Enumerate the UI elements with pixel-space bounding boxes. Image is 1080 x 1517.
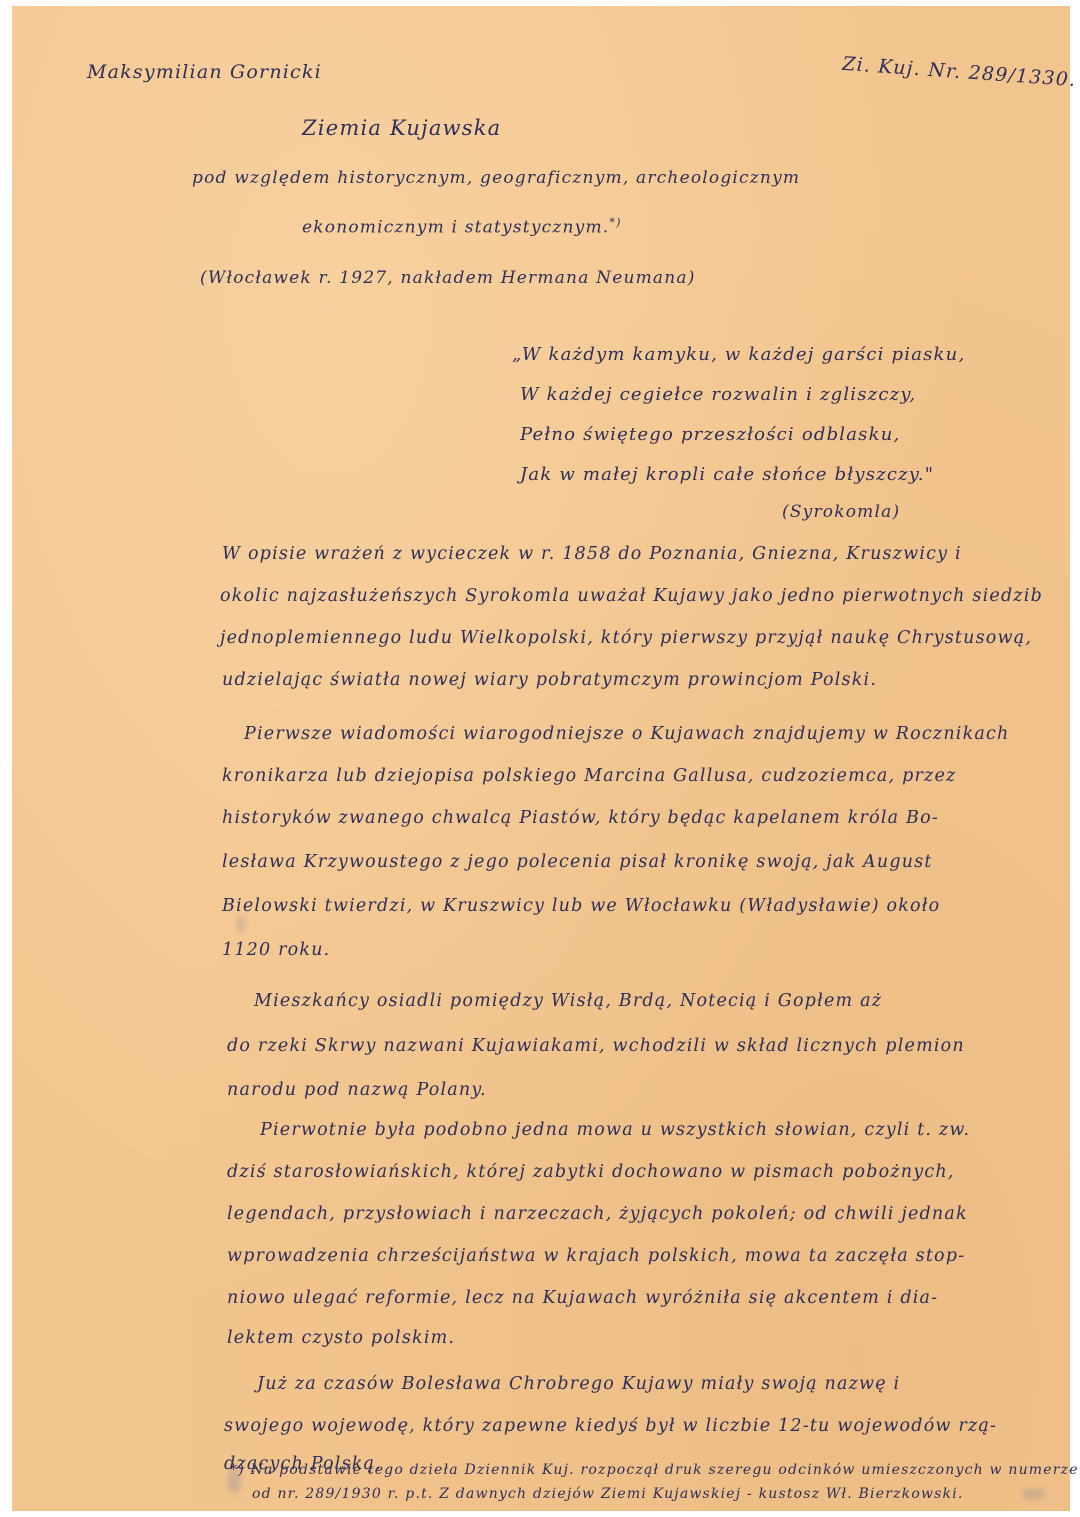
footnote-line: *) Na podstawie tego dzieła Dziennik Kuj… xyxy=(230,1462,1079,1478)
document-title: Ziemia Kujawska xyxy=(302,116,501,140)
body-line: swojego wojewodę, który zapewne kiedyś b… xyxy=(224,1416,997,1436)
body-line: jednoplemiennego ludu Wielkopolski, któr… xyxy=(220,628,1032,648)
body-line: narodu pod nazwą Polany. xyxy=(227,1080,487,1100)
body-line: okolic najzasłużeńszych Syrokomla uważał… xyxy=(220,586,1043,606)
body-line: historyków zwanego chwalcą Piastów, któr… xyxy=(222,808,939,828)
epigraph-line: W każdej cegiełce rozwalin i zgliszczy, xyxy=(520,384,916,405)
epigraph-attribution: (Syrokomla) xyxy=(782,502,900,522)
subtitle-line-1: pod względem historycznym, geograficznym… xyxy=(192,168,800,188)
body-line: 1120 roku. xyxy=(222,940,330,960)
manuscript-page: Maksymilian Gornicki Zi. Kuj. Nr. 289/13… xyxy=(12,6,1070,1511)
body-line: dziś starosłowiańskich, której zabytki d… xyxy=(227,1162,955,1182)
body-line: niowo ulegać reformie, lecz na Kujawach … xyxy=(227,1288,938,1308)
body-line: Pierwotnie była podobno jedna mowa u wsz… xyxy=(260,1120,970,1140)
body-line: Mieszkańcy osiadli pomiędzy Wisłą, Brdą,… xyxy=(254,991,882,1011)
body-line: lektem czysto polskim. xyxy=(227,1328,455,1348)
epigraph-line: Pełno świętego przeszłości odblasku, xyxy=(520,424,900,445)
reference-number: Zi. Kuj. Nr. 289/1330. xyxy=(842,53,1077,91)
body-line: legendach, przysłowiach i narzeczach, ży… xyxy=(227,1204,968,1224)
epigraph-line: „W każdym kamyku, w każdej garści piasku… xyxy=(512,344,965,365)
body-line: W opisie wrażeń z wycieczek w r. 1858 do… xyxy=(222,544,962,564)
body-line: udzielając światła nowej wiary pobratymc… xyxy=(222,670,877,690)
body-line: Bielowski twierdzi, w Kruszwicy lub we W… xyxy=(222,896,940,916)
footnote-line: od nr. 289/1930 r. p.t. Z dawnych dziejó… xyxy=(252,1486,964,1502)
ink-smudge xyxy=(237,916,245,932)
ink-smudge xyxy=(1022,1489,1046,1499)
body-line: Pierwsze wiadomości wiarogodniejsze o Ku… xyxy=(244,724,1010,744)
subtitle-text: ekonomicznym i statystycznym. xyxy=(302,218,609,238)
body-line: Już za czasów Bolesława Chrobrego Kujawy… xyxy=(257,1374,900,1394)
epigraph-line: Jak w małej kropli całe słońce błyszczy.… xyxy=(520,464,934,485)
body-line: kronikarza lub dziejopisa polskiego Marc… xyxy=(222,766,956,786)
footnote-marker: *) xyxy=(609,216,621,229)
subtitle-line-2: ekonomicznym i statystycznym.*) xyxy=(302,216,622,238)
body-line: lesława Krzywoustego z jego polecenia pi… xyxy=(222,852,933,872)
author-name: Maksymilian Gornicki xyxy=(87,61,322,83)
body-line: do rzeki Skrwy nazwani Kujawiakami, wcho… xyxy=(227,1036,965,1056)
publication-info: (Włocławek r. 1927, nakładem Hermana Neu… xyxy=(200,268,696,288)
body-line: wprowadzenia chrześcijaństwa w krajach p… xyxy=(227,1246,965,1266)
ink-smudge xyxy=(227,1468,241,1494)
